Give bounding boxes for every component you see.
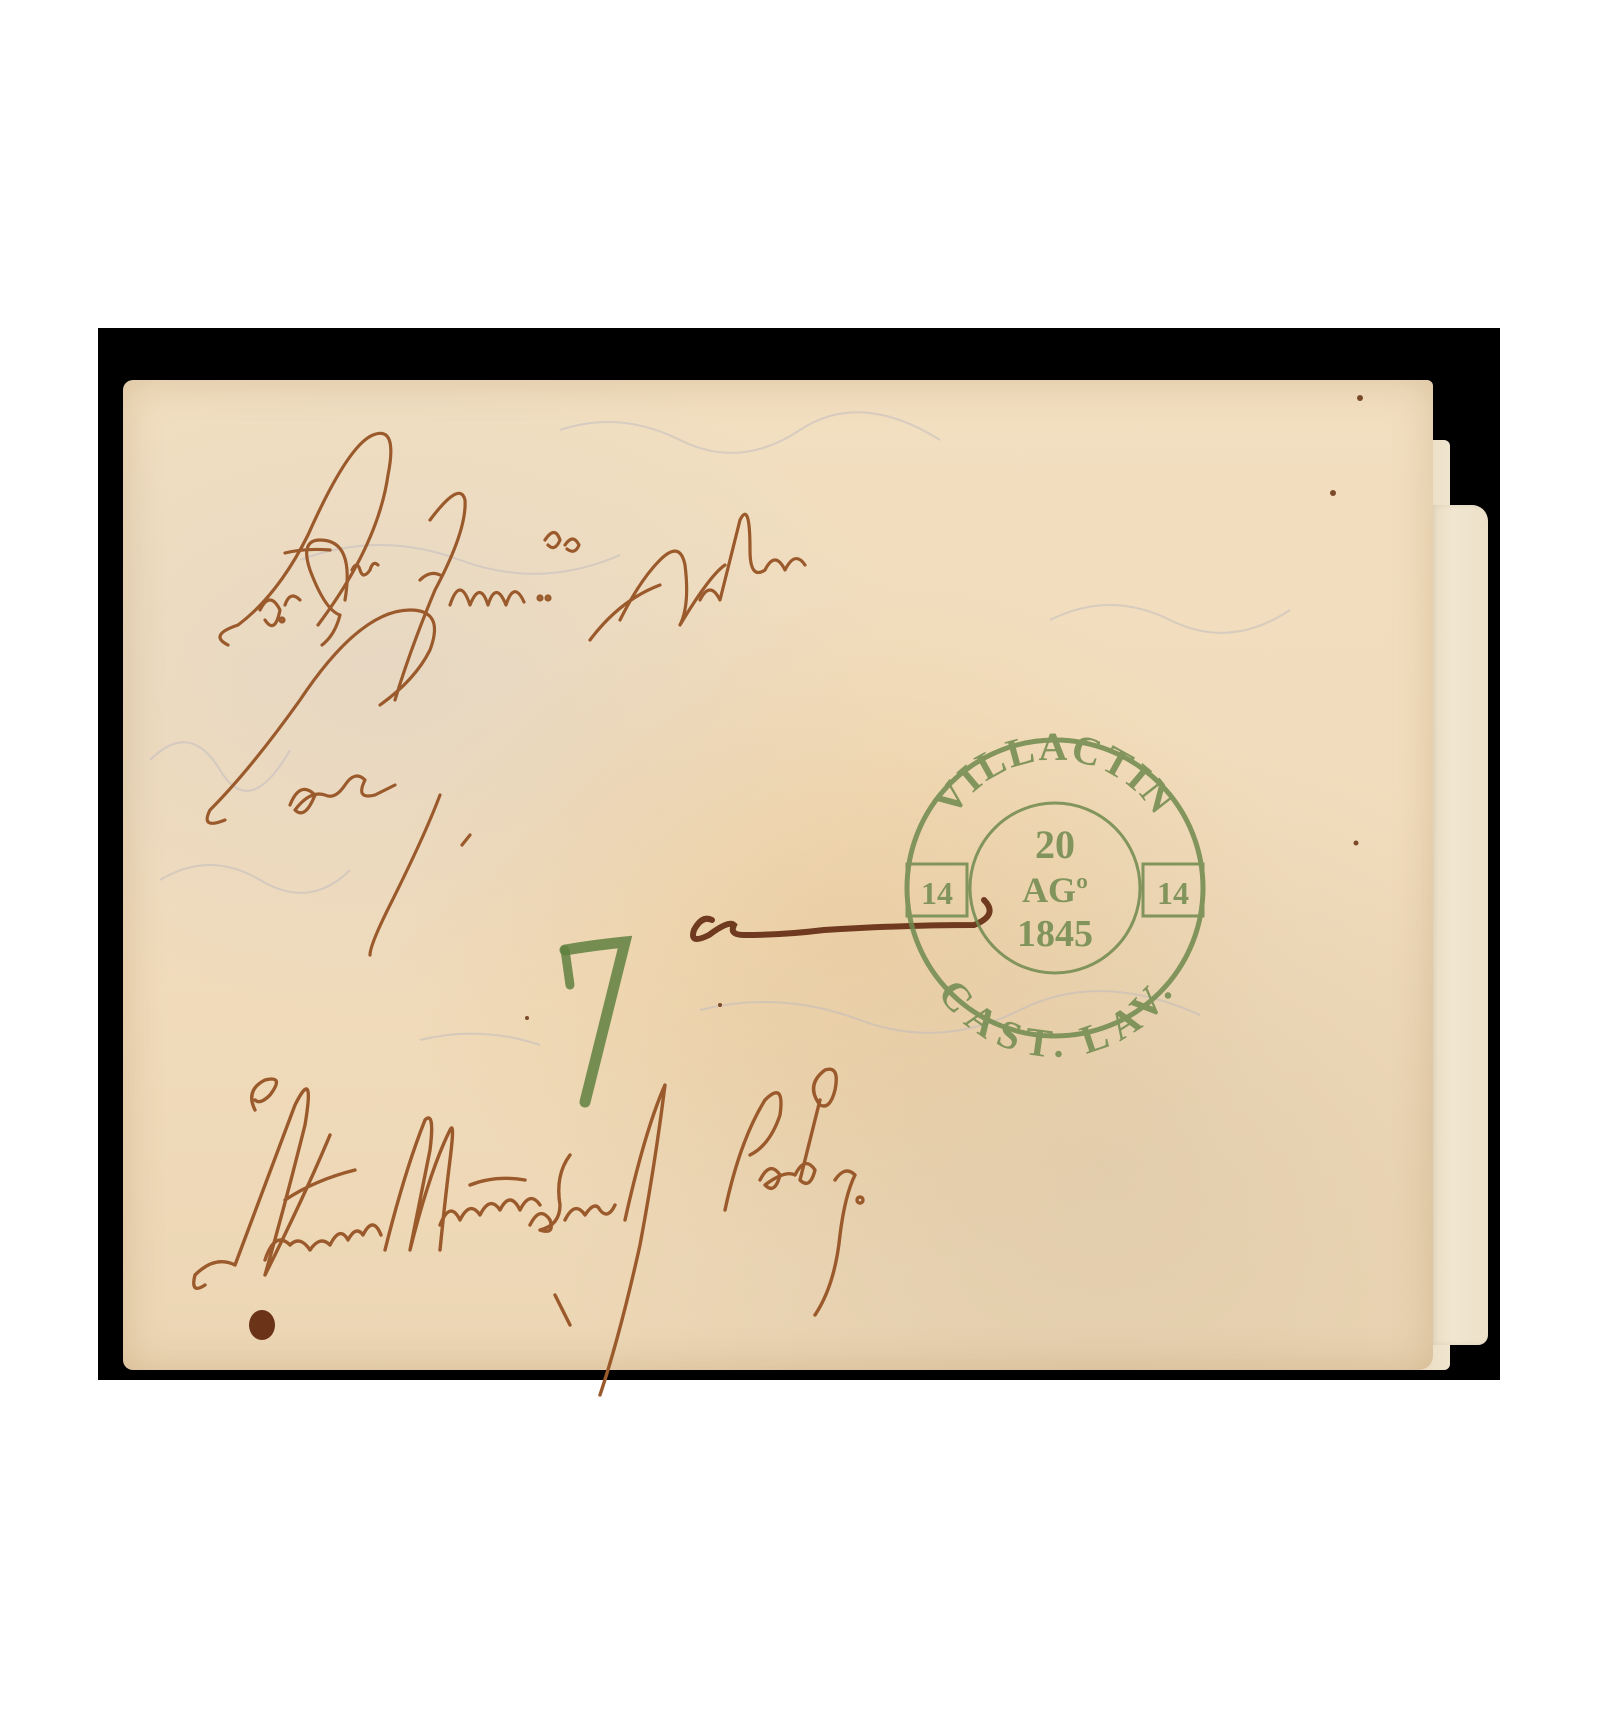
postmark: VILLACTIN CAST. LAV. 14 14 20 AGº 1845: [907, 724, 1203, 1066]
postmark-month: AGº: [1022, 870, 1088, 910]
postmark-province: CAST. LAV.: [930, 971, 1182, 1067]
postmark-year: 1845: [1017, 913, 1093, 955]
handwriting-line-3: [194, 1069, 863, 1395]
svg-text:CAST. LAV.: CAST. LAV.: [930, 971, 1182, 1067]
handwriting-line-2: [207, 610, 470, 955]
postmark-town: VILLACTIN: [924, 724, 1186, 823]
postmark-side-right: 14: [1157, 875, 1189, 911]
ink-blot: [249, 1310, 275, 1340]
handwriting-line-1: [220, 433, 805, 700]
handwriting-layer: VILLACTIN CAST. LAV. 14 14 20 AGº 1845: [0, 0, 1600, 1710]
postage-due-numeral-7: [565, 942, 625, 1102]
postmark-day: 20: [1035, 822, 1075, 867]
postmark-side-left: 14: [921, 875, 953, 911]
svg-text:VILLACTIN: VILLACTIN: [924, 724, 1186, 823]
